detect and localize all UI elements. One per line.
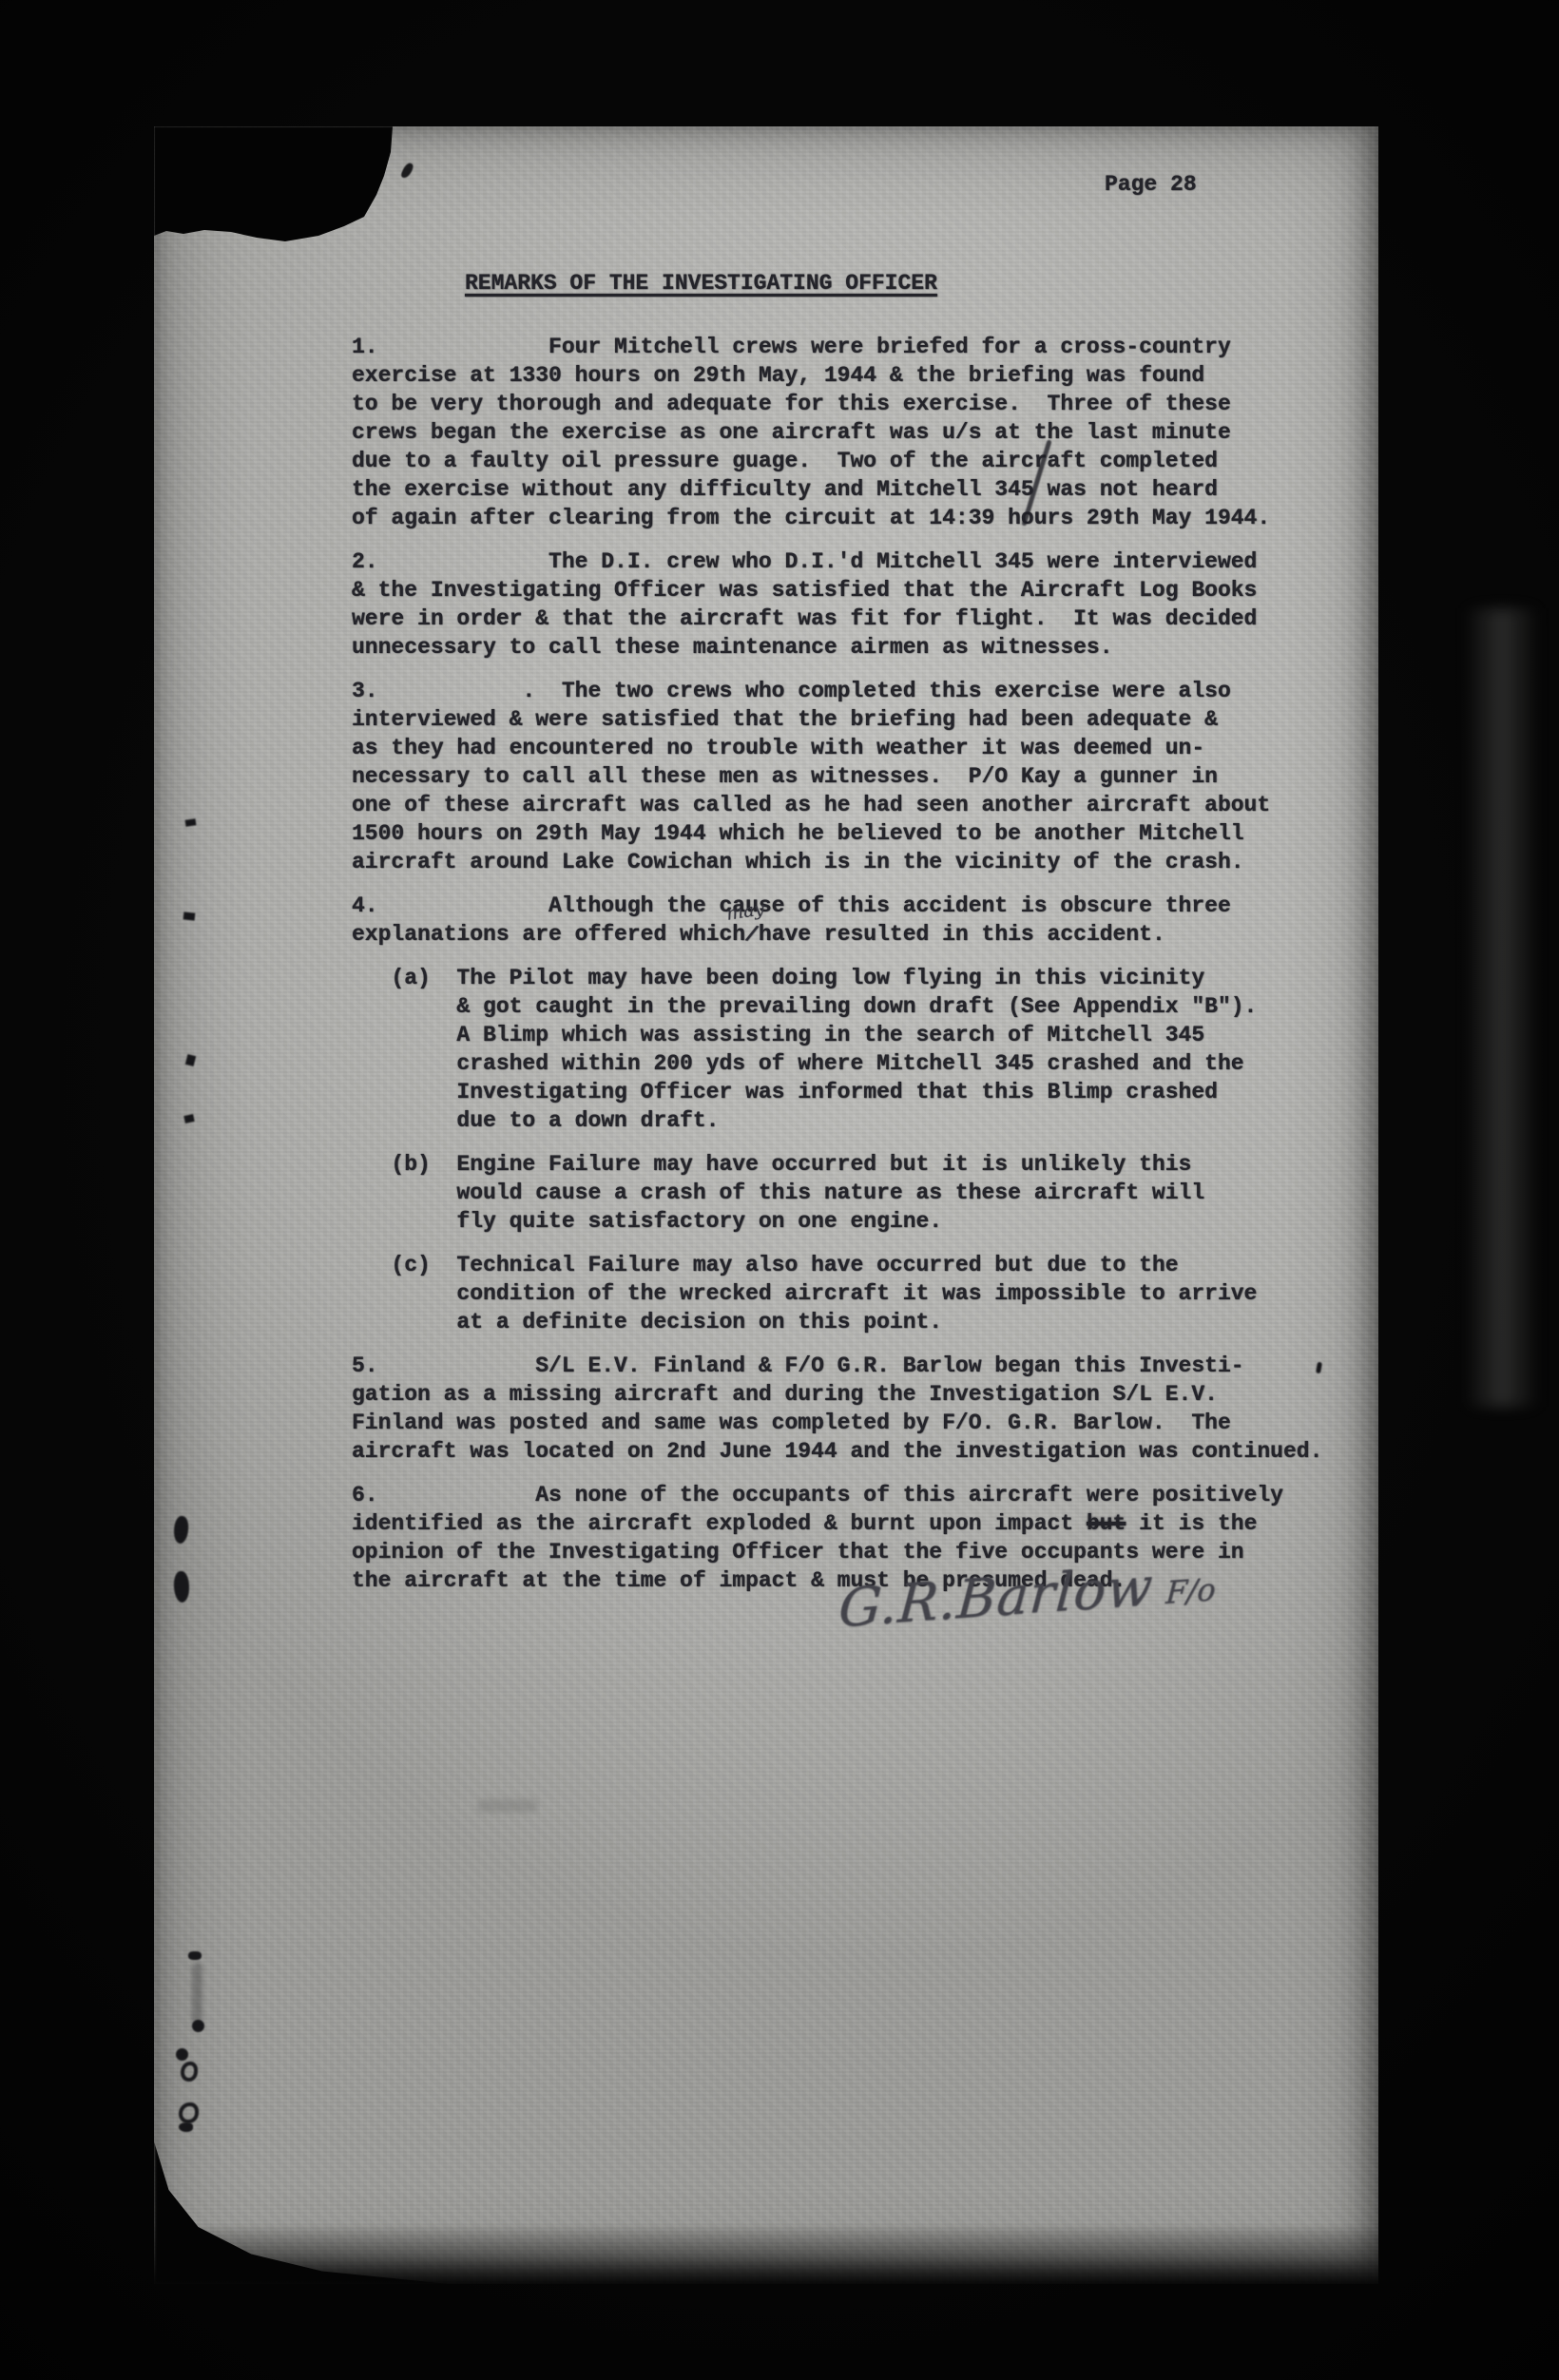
ink-blot bbox=[172, 1515, 190, 1545]
document-page: Page 28 REMARKS OF THE INVESTIGATING OFF… bbox=[154, 126, 1378, 2284]
ink-mark bbox=[188, 1951, 202, 1960]
ink-mark bbox=[183, 912, 196, 920]
ink-dot bbox=[192, 2020, 204, 2032]
ink-dot bbox=[179, 2122, 193, 2132]
paragraph-4: 4. Although the cause of this accident i… bbox=[352, 892, 1378, 949]
scanned-page-background: Page 28 REMARKS OF THE INVESTIGATING OFF… bbox=[0, 0, 1559, 2380]
paragraph-3: 3. . The two crews who completed this ex… bbox=[352, 677, 1378, 876]
ink-comma-mark bbox=[400, 162, 414, 180]
paragraph-4-text-cont: have resulted in this accident. bbox=[759, 922, 1165, 947]
faint-smudge bbox=[477, 1799, 538, 1813]
sub-item-b: (b) Engine Failure may have occurred but… bbox=[352, 1150, 1378, 1236]
ink-curl bbox=[181, 2062, 198, 2082]
ink-dot bbox=[176, 2048, 188, 2061]
ink-mark bbox=[185, 1054, 196, 1066]
paragraph-2: 2. The D.I. crew who D.I.'d Mitchell 345… bbox=[352, 547, 1378, 662]
ink-smear bbox=[192, 1963, 202, 2025]
document-title: REMARKS OF THE INVESTIGATING OFFICER bbox=[465, 269, 937, 297]
scanner-light-band bbox=[1464, 608, 1540, 1407]
sub-item-c: (c) Technical Failure may also have occu… bbox=[352, 1251, 1378, 1336]
paragraph-1: 1. Four Mitchell crews were briefed for … bbox=[352, 333, 1378, 532]
paragraph-5: 5. S/L E.V. Finland & F/O G.R. Barlow be… bbox=[352, 1352, 1378, 1466]
document-body: REMARKS OF THE INVESTIGATING OFFICER 1. … bbox=[352, 269, 1378, 1595]
page-number-label: Page 28 bbox=[1105, 170, 1197, 199]
ink-ring bbox=[179, 2102, 199, 2123]
strikethrough-word: but bbox=[1087, 1511, 1126, 1536]
ink-mark bbox=[183, 1114, 194, 1123]
ink-blot bbox=[173, 1570, 190, 1603]
bottom-edge-fade bbox=[154, 2223, 1378, 2284]
torn-corner-tear bbox=[154, 126, 397, 246]
signature-rank: F/o bbox=[1164, 1571, 1217, 1611]
ink-mark bbox=[185, 818, 197, 826]
sub-item-a: (a) The Pilot may have been doing low fl… bbox=[352, 964, 1378, 1135]
handwritten-insert-may: may bbox=[724, 894, 766, 929]
